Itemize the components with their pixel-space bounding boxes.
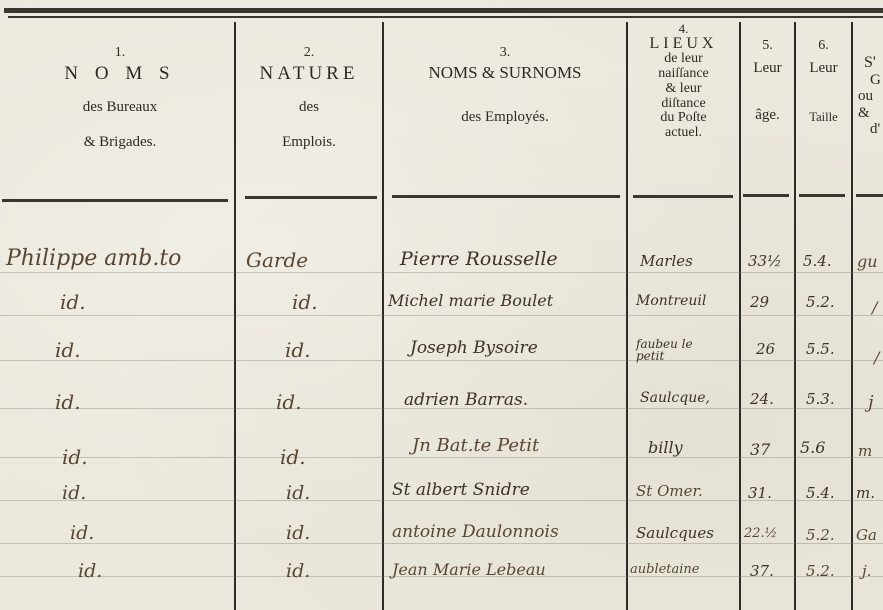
row-3-taille: 5.5. xyxy=(806,340,835,358)
row-2-extra: / xyxy=(872,298,877,317)
col-number: 5. xyxy=(741,38,794,54)
col-number: 3. xyxy=(384,45,626,61)
header-underline-4 xyxy=(633,195,733,198)
col-title: Leur xyxy=(796,60,851,77)
row-6-age: 31. xyxy=(748,484,772,502)
header-underline-5 xyxy=(743,194,789,197)
row-8-age: 37. xyxy=(750,562,774,580)
row-2-bureau: id. xyxy=(60,290,86,314)
row-4-lieu: Saulcque, xyxy=(640,390,710,406)
row-5-name: Jn Bat.te Petit xyxy=(412,435,539,456)
row-4-nature: id. xyxy=(276,390,302,414)
row-3-bureau: id. xyxy=(55,338,81,362)
top-rule-thick xyxy=(4,8,883,13)
col-title: S' xyxy=(864,54,883,72)
header-underline-6 xyxy=(799,194,845,197)
col-number: 1. xyxy=(20,45,220,61)
row-5-age: 37 xyxy=(750,440,770,459)
col-title: NATURE xyxy=(236,63,382,85)
row-8-taille: 5.2. xyxy=(806,562,835,580)
row-6-taille: 5.4. xyxy=(806,484,835,502)
header-col-4: 4. LIEUX de leur naiſſance & leur diſtan… xyxy=(628,22,739,141)
row-2-age: 29 xyxy=(750,293,769,311)
row-7-lieu: Saulcques xyxy=(636,524,714,542)
col-line: âge. xyxy=(741,107,794,124)
row-1-age: 33½ xyxy=(748,252,782,270)
row-3-nature: id. xyxy=(285,338,311,362)
row-4-name: adrien Barras. xyxy=(404,390,528,410)
row-8-name: Jean Marie Lebeau xyxy=(392,560,546,579)
col-line: Taille xyxy=(796,110,851,124)
col-line: ou xyxy=(858,88,883,105)
col-line: des Bureaux xyxy=(20,99,220,116)
header-col-7: S' G ou & d' xyxy=(858,54,883,138)
row-1-nature: Garde xyxy=(246,248,308,272)
row-2-nature: id. xyxy=(292,290,318,314)
row-4-taille: 5.3. xyxy=(806,390,835,408)
row-7-bureau: id. xyxy=(70,522,94,544)
col-line: des Employés. xyxy=(384,109,626,126)
col-line: d' xyxy=(870,121,883,138)
col-title: NOMS & SURNOMS xyxy=(384,63,626,83)
col-line: G xyxy=(870,72,883,89)
row-4-bureau: id. xyxy=(55,390,81,414)
row-7-extra: Ga xyxy=(856,526,877,544)
row-3-extra: / xyxy=(874,348,879,367)
col-number: 2. xyxy=(236,45,382,61)
row-6-name: St albert Snidre xyxy=(392,480,530,500)
header-col-6: 6. Leur Taille xyxy=(796,38,851,125)
col-title: Leur xyxy=(741,60,794,77)
row-7-taille: 5.2. xyxy=(806,526,835,544)
header-col-1: 1. N O M S des Bureaux & Brigades. xyxy=(20,45,220,151)
guide-line xyxy=(0,543,883,544)
col-line: naiſſance xyxy=(628,67,739,82)
col-line: & xyxy=(858,105,883,122)
top-rule-thin xyxy=(8,16,883,18)
row-1-lieu: Marles xyxy=(640,252,693,270)
row-2-taille: 5.2. xyxy=(806,293,835,311)
header-col-3: 3. NOMS & SURNOMS des Employés. xyxy=(384,45,626,126)
col-line: de leur xyxy=(628,52,739,67)
row-8-bureau: id. xyxy=(78,560,102,582)
row-6-nature: id. xyxy=(286,482,310,504)
row-7-name: antoine Daulonnois xyxy=(392,522,559,542)
row-8-nature: id. xyxy=(286,560,310,582)
row-5-extra: m xyxy=(858,442,872,460)
row-2-name: Michel marie Boulet xyxy=(388,291,553,310)
header-col-2: 2. NATURE des Emplois. xyxy=(236,45,382,151)
row-2-lieu: Montreuil xyxy=(636,293,706,309)
row-6-bureau: id. xyxy=(62,482,86,504)
row-8-extra: j. xyxy=(862,562,871,580)
row-4-extra: j xyxy=(868,392,874,413)
row-7-age: 22.½ xyxy=(744,526,777,541)
row-5-nature: id. xyxy=(280,445,306,469)
row-6-extra: m. xyxy=(856,484,875,502)
row-1-extra: gu xyxy=(857,252,878,271)
row-1-bureau: Philippe amb.to xyxy=(6,246,181,271)
col-title: N O M S xyxy=(20,63,220,85)
col-line: du Poſte xyxy=(628,111,739,126)
column-divider-6 xyxy=(851,22,853,610)
row-8-lieu: aubletaine xyxy=(630,562,700,577)
col-line: Emplois. xyxy=(236,134,382,151)
guide-line xyxy=(0,272,883,273)
col-number: 6. xyxy=(796,38,851,54)
row-3-lieu: faubeu le petit xyxy=(636,338,716,362)
col-line: actuel. xyxy=(628,126,739,141)
row-5-lieu: billy xyxy=(648,438,683,457)
header-underline-3 xyxy=(392,195,620,198)
guide-line xyxy=(0,315,883,316)
col-line: des xyxy=(236,99,382,116)
col-line: & Brigades. xyxy=(20,134,220,151)
header-col-5: 5. Leur âge. xyxy=(741,38,794,125)
row-5-bureau: id. xyxy=(62,445,88,469)
row-5-taille: 5.6 xyxy=(800,438,825,457)
col-line: & leur xyxy=(628,82,739,97)
row-4-age: 24. xyxy=(750,390,774,408)
guide-line xyxy=(0,360,883,361)
row-6-lieu: St Omer. xyxy=(636,482,703,500)
row-1-taille: 5.4. xyxy=(803,252,832,270)
row-1-name: Pierre Rousselle xyxy=(400,248,558,270)
header-underline-1 xyxy=(2,199,228,202)
col-line: diſtance xyxy=(628,97,739,112)
header-underline-2 xyxy=(245,196,377,199)
col-number: 4. xyxy=(628,22,739,36)
row-3-name: Joseph Bysoire xyxy=(410,338,538,358)
col-title: LIEUX xyxy=(628,36,739,53)
header-underline-7 xyxy=(856,194,883,197)
row-3-age: 26 xyxy=(756,340,775,358)
row-7-nature: id. xyxy=(286,522,310,544)
